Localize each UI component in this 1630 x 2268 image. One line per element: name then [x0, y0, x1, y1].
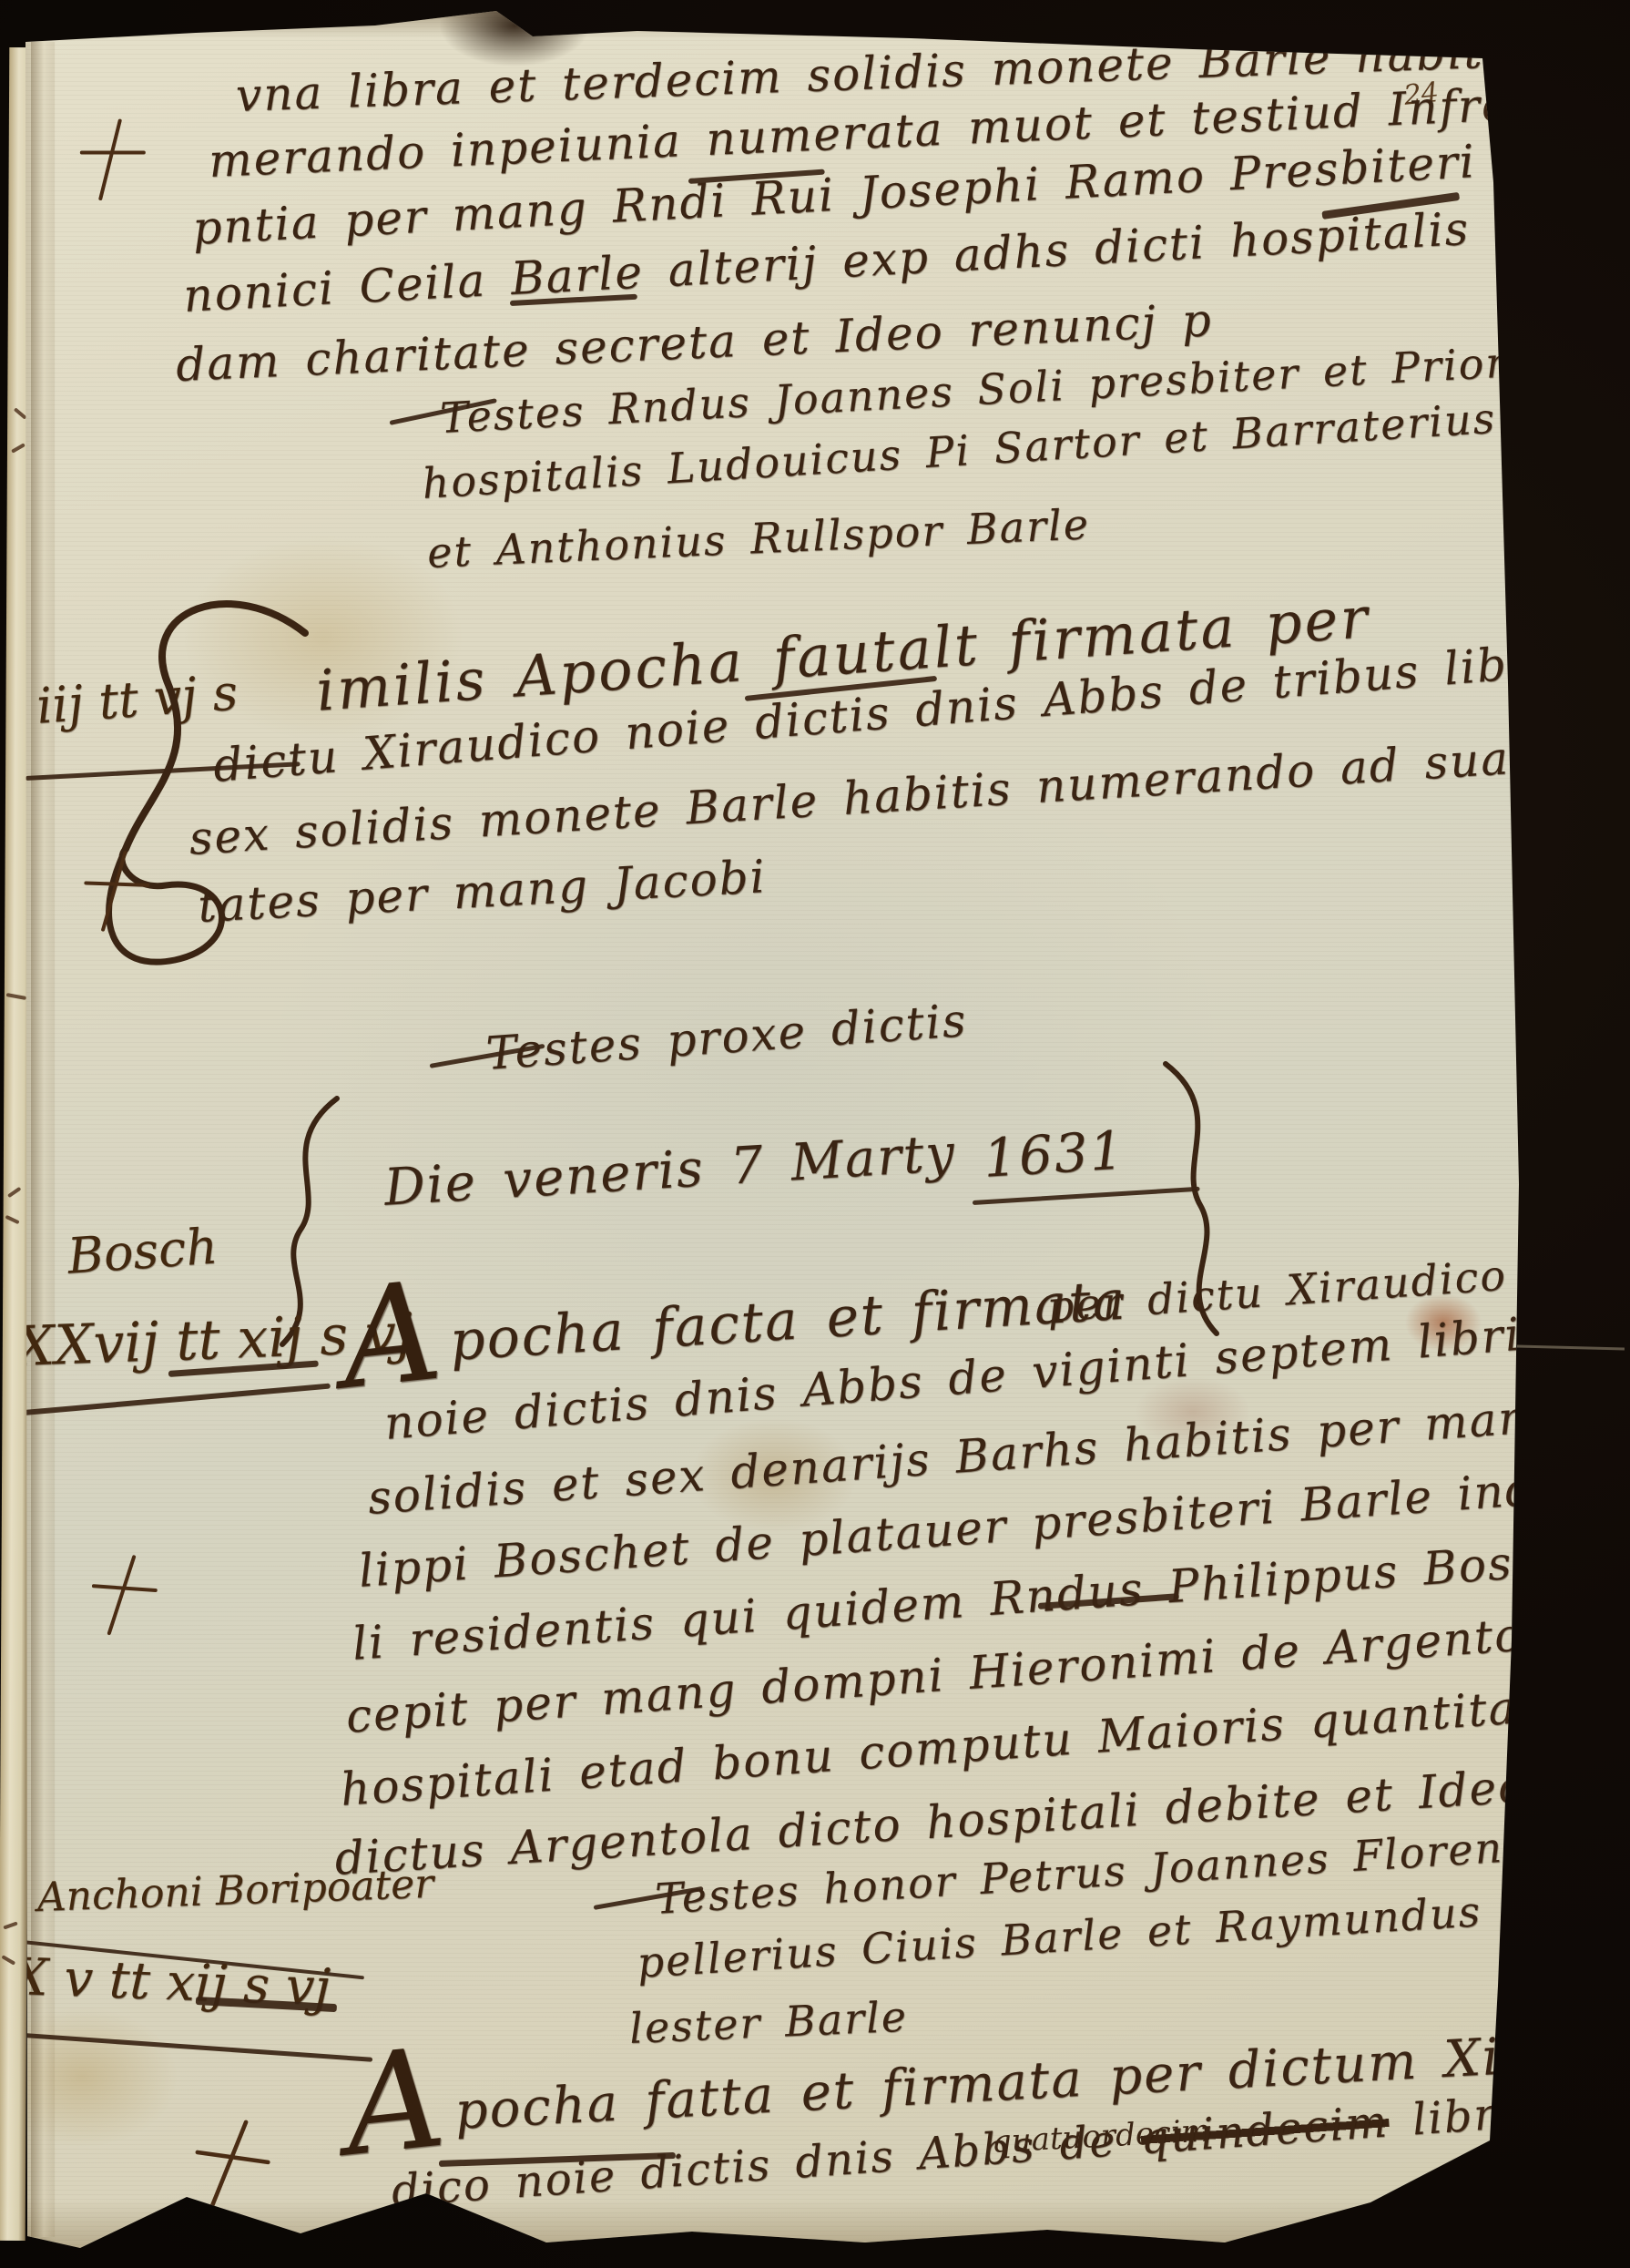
witness-note: Testes proxe dictis	[484, 994, 969, 1080]
ink-fragment	[3, 1921, 17, 1929]
parchment-page: 24 vna libra et terdecim solidis monete …	[0, 0, 1630, 2268]
manuscript-photo: 24 vna libra et terdecim solidis monete …	[0, 0, 1630, 2268]
date-text: Die veneris 7 Marty	[382, 1124, 958, 1218]
ink-fragment	[5, 1215, 19, 1224]
ink-fragment	[7, 1187, 21, 1198]
date-year: 1631	[982, 1119, 1126, 1190]
entry4-line-struck: quindecim	[1139, 2096, 1391, 2164]
margin-name: Anchoni Boripoater	[36, 1861, 434, 1921]
ink-fragment	[11, 443, 25, 453]
margin-underline	[24, 2033, 372, 2062]
margin-name: Bosch	[66, 1217, 219, 1284]
ink-fragment	[14, 407, 27, 419]
background-crack	[1517, 1344, 1625, 1350]
ink-fragment	[1, 1955, 15, 1966]
entry3-witness-line: lester Barle	[628, 1992, 909, 2053]
entry4-initial: A	[337, 2019, 452, 2187]
entry1-witness-line: et Anthonius Rullspor Barle	[426, 499, 1091, 577]
margin-underline	[24, 1384, 331, 1415]
ink-fragment	[6, 993, 26, 1000]
